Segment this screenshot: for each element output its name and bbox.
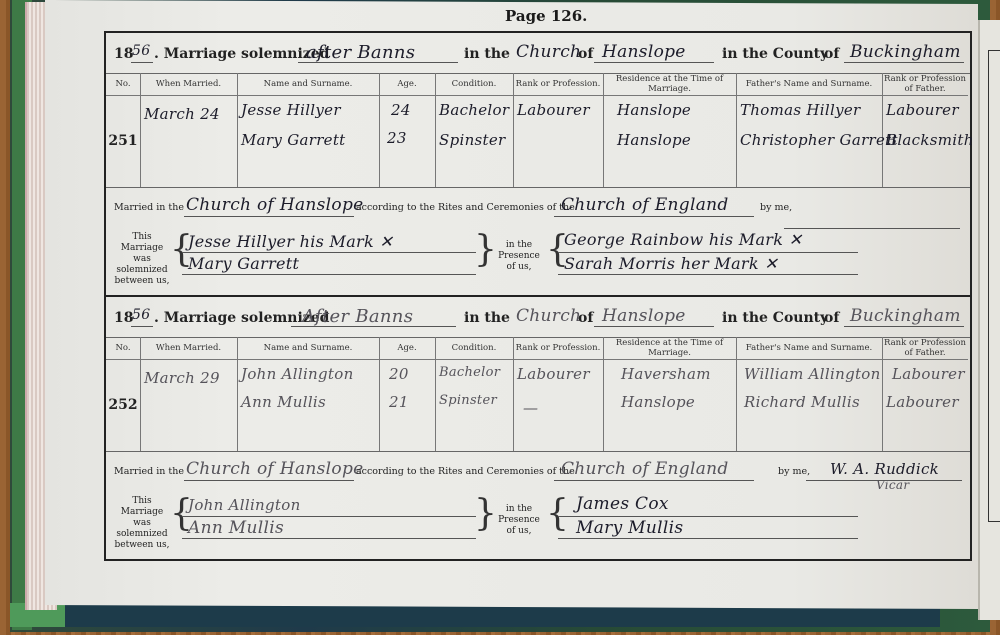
groom-profession: Labourer: [517, 365, 590, 383]
entry-number: 251: [106, 133, 140, 149]
year-prefix: 18: [114, 46, 133, 62]
bride-father-profession: Blacksmith: [886, 131, 974, 149]
entry-number: 252: [106, 397, 140, 413]
place-type: Church: [516, 42, 581, 62]
groom-father-profession: Labourer: [886, 101, 959, 119]
this-marriage-label: This Marriagewas solemnizedbetween us,: [110, 232, 174, 287]
party-groom-signature: John Allington: [188, 496, 301, 514]
county: Buckingham: [850, 42, 961, 62]
bride-father: Richard Mullis: [744, 393, 860, 411]
bride-age: 23: [387, 129, 407, 147]
year-prefix: 18: [114, 310, 133, 326]
in-the-label: in the: [464, 310, 510, 326]
witness-2-signature: Sarah Morris her Mark ✕: [564, 254, 778, 273]
bride-condition: Spinster: [439, 393, 497, 408]
bride-father: Christopher Garrett: [740, 131, 898, 149]
groom-age: 24: [391, 101, 411, 119]
of-label: of: [578, 46, 593, 62]
col-father-name: Father's Name and Surname. William Allin…: [736, 337, 883, 451]
col-condition: Condition. Bachelor Spinster: [435, 337, 514, 451]
groom-father: Thomas Hillyer: [740, 101, 861, 119]
year-suffix: 56: [132, 43, 150, 59]
col-age: Age. 24 23: [379, 73, 436, 187]
entry-table: No. 251 When Married. March 24 Name and …: [106, 73, 970, 187]
married-in: Church of Hanslope: [186, 195, 363, 215]
col-no: No. 252: [106, 337, 141, 451]
in-the-county-label: in the County: [722, 310, 828, 326]
place-type: Church: [516, 306, 581, 326]
bride-name: Mary Garrett: [241, 131, 346, 149]
when-married: March 24: [144, 105, 220, 123]
col-rank: Rank or Profession. Labourer —: [513, 337, 604, 451]
bride-profession: —: [523, 399, 538, 417]
groom-profession: Labourer: [517, 101, 590, 119]
col-no: No. 251: [106, 73, 141, 187]
witness-1-signature: James Cox: [576, 494, 669, 514]
marriage-solemnized-label: . Marriage solemnized: [154, 46, 329, 62]
parish: Hanslope: [602, 306, 686, 326]
col-father-name: Father's Name and Surname. Thomas Hillye…: [736, 73, 883, 187]
col-name: Name and Surname. Jesse Hillyer Mary Gar…: [237, 73, 380, 187]
of-label: of: [824, 310, 839, 326]
groom-father-profession: Labourer: [892, 365, 965, 383]
bride-residence: Hanslope: [617, 131, 691, 149]
col-father-rank: Rank or Profession of Father. Labourer L…: [882, 337, 968, 451]
bride-condition: Spinster: [439, 131, 506, 149]
marriage-entry-251: 18 56 . Marriage solemnized after Banns …: [104, 31, 972, 297]
party-bride-signature: Mary Garrett: [188, 254, 299, 273]
solemnized-by: after Banns: [306, 42, 415, 63]
groom-father: William Allington: [744, 365, 881, 383]
when-married: March 29: [144, 369, 220, 387]
entry-header: 18 56 . Marriage solemnized After Banns …: [106, 297, 970, 338]
bride-name: Ann Mullis: [241, 393, 326, 411]
entry-table: No. 252 When Married. March 29 Name and …: [106, 337, 970, 451]
entry-header: 18 56 . Marriage solemnized after Banns …: [106, 33, 970, 74]
rites-of: Church of England: [561, 195, 729, 215]
party-groom-signature: Jesse Hillyer his Mark ✕: [188, 232, 393, 251]
groom-condition: Bachelor: [439, 365, 500, 380]
parish: Hanslope: [602, 42, 686, 62]
groom-age: 20: [389, 365, 409, 383]
in-the-county-label: in the County: [722, 46, 828, 62]
in-the-label: in the: [464, 46, 510, 62]
bride-age: 21: [389, 393, 409, 411]
witness-1-signature: George Rainbow his Mark ✕: [564, 230, 802, 249]
groom-residence: Hanslope: [617, 101, 691, 119]
col-father-rank: Rank or Profession of Father. Labourer B…: [882, 73, 968, 187]
this-marriage-label: This Marriagewas solemnizedbetween us,: [110, 496, 174, 551]
col-when-married: When Married. March 29: [140, 337, 238, 451]
in-presence-label: in thePresenceof us,: [492, 240, 546, 273]
married-in: Church of Hanslope: [186, 459, 363, 479]
col-age: Age. 20 21: [379, 337, 436, 451]
adjacent-page: [978, 20, 1000, 620]
groom-condition: Bachelor: [439, 101, 509, 119]
ceremony-section: Married in the Church of Hanslope accord…: [106, 451, 970, 558]
witness-2-signature: Mary Mullis: [576, 518, 683, 538]
county: Buckingham: [850, 306, 961, 326]
year-suffix: 56: [132, 307, 150, 323]
of-label: of: [578, 310, 593, 326]
groom-name: John Allington: [241, 365, 354, 383]
party-bride-signature: Ann Mullis: [188, 518, 284, 538]
ceremony-section: Married in the Church of Hanslope accord…: [106, 187, 970, 294]
groom-residence: Haversham: [621, 365, 711, 383]
page-number: Page 126.: [505, 7, 587, 25]
rites-of: Church of England: [561, 459, 729, 479]
col-condition: Condition. Bachelor Spinster: [435, 73, 514, 187]
bride-father-profession: Labourer: [886, 393, 959, 411]
marriage-entry-252: 18 56 . Marriage solemnized After Banns …: [104, 295, 972, 561]
bride-residence: Hanslope: [621, 393, 695, 411]
col-name: Name and Surname. John Allington Ann Mul…: [237, 337, 380, 451]
col-residence: Residence at the Time of Marriage. Haver…: [603, 337, 737, 451]
solemnized-by: After Banns: [302, 306, 413, 327]
groom-name: Jesse Hillyer: [241, 101, 341, 119]
col-rank: Rank or Profession. Labourer: [513, 73, 604, 187]
col-residence: Residence at the Time of Marriage. Hansl…: [603, 73, 737, 187]
cover-edge-blue: [40, 605, 940, 627]
in-presence-label: in thePresenceof us,: [492, 504, 546, 537]
officiant-signature: W. A. Ruddick: [830, 460, 939, 478]
col-when-married: When Married. March 24: [140, 73, 238, 187]
of-label: of: [824, 46, 839, 62]
